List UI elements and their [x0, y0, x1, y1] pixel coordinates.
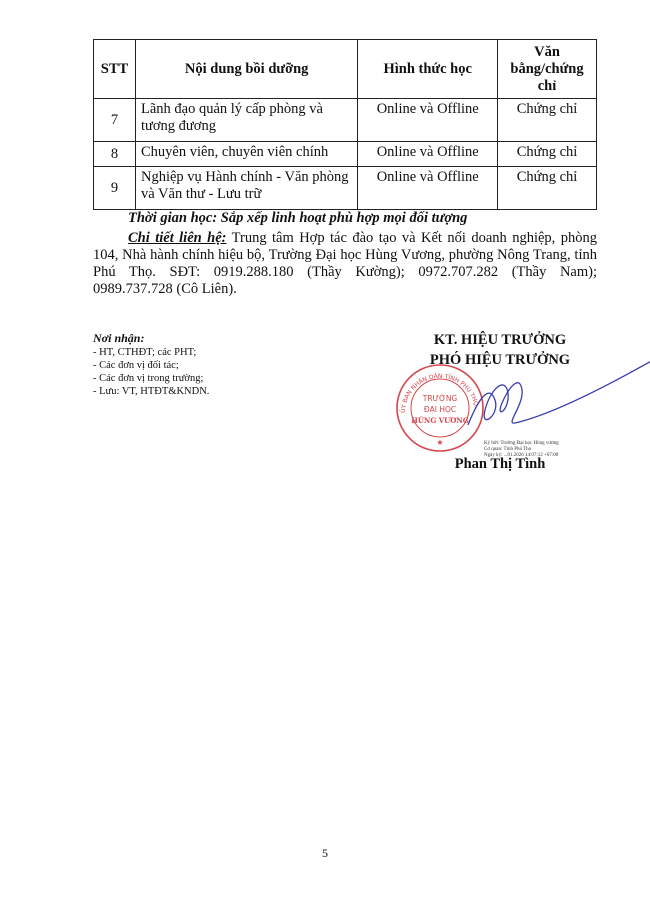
recipients-block: Nơi nhận: - HT, CTHĐT; các PHT; - Các đơ…: [93, 332, 209, 398]
row-content: Nghiệp vụ Hành chính - Văn phòng và Văn …: [135, 167, 357, 210]
table-row: 8 Chuyên viên, chuyên viên chính Online …: [94, 142, 597, 167]
row-format: Online và Offline: [358, 142, 498, 167]
row-cert: Chứng chỉ: [498, 167, 597, 210]
row-stt: 9: [94, 167, 136, 210]
header-stt: STT: [94, 40, 136, 99]
stamp-inner-line: TRƯỜNG: [422, 394, 458, 403]
recipient-item: - Lưu: VT, HTĐT&KNDN.: [93, 385, 209, 398]
row-cert: Chứng chỉ: [498, 142, 597, 167]
recipient-item: - Các đơn vị đối tác;: [93, 359, 209, 372]
contact-label: Chi tiết liên hệ:: [128, 230, 226, 246]
row-content: Lãnh đạo quản lý cấp phòng và tương đươn…: [135, 99, 357, 142]
row-content: Chuyên viên, chuyên viên chính: [135, 142, 357, 167]
table-header-row: STT Nội dung bồi dưỡng Hình thức học Văn…: [94, 40, 597, 99]
header-content: Nội dung bồi dưỡng: [135, 40, 357, 99]
header-format: Hình thức học: [358, 40, 498, 99]
recipient-item: - HT, CTHĐT; các PHT;: [93, 346, 209, 359]
table-row: 9 Nghiệp vụ Hành chính - Văn phòng và Vă…: [94, 167, 597, 210]
handwritten-signature-icon: [460, 355, 650, 455]
signer-name: Phan Thị Tình: [400, 456, 600, 473]
svg-text:★: ★: [436, 438, 443, 447]
training-table: STT Nội dung bồi dưỡng Hình thức học Văn…: [93, 39, 597, 210]
row-format: Online và Offline: [358, 167, 498, 210]
page-number: 5: [0, 846, 650, 861]
row-format: Online và Offline: [358, 99, 498, 142]
document-page: STT Nội dung bồi dưỡng Hình thức học Văn…: [0, 0, 650, 919]
row-stt: 8: [94, 142, 136, 167]
signature-line1: KT. HIỆU TRƯỞNG: [400, 330, 600, 350]
row-cert: Chứng chỉ: [498, 99, 597, 142]
row-stt: 7: [94, 99, 136, 142]
stamp-inner-line: ĐẠI HỌC: [424, 405, 456, 414]
header-cert: Văn bằng/chứng chỉ: [498, 40, 597, 99]
contact-paragraph: Chi tiết liên hệ: Trung tâm Hợp tác đào …: [93, 230, 597, 298]
recipient-item: - Các đơn vị trong trường;: [93, 372, 209, 385]
table-row: 7 Lãnh đạo quản lý cấp phòng và tương đư…: [94, 99, 597, 142]
schedule-note: Thời gian học: Sắp xếp linh hoạt phù hợp…: [128, 210, 632, 227]
recipients-title: Nơi nhận:: [93, 332, 209, 345]
